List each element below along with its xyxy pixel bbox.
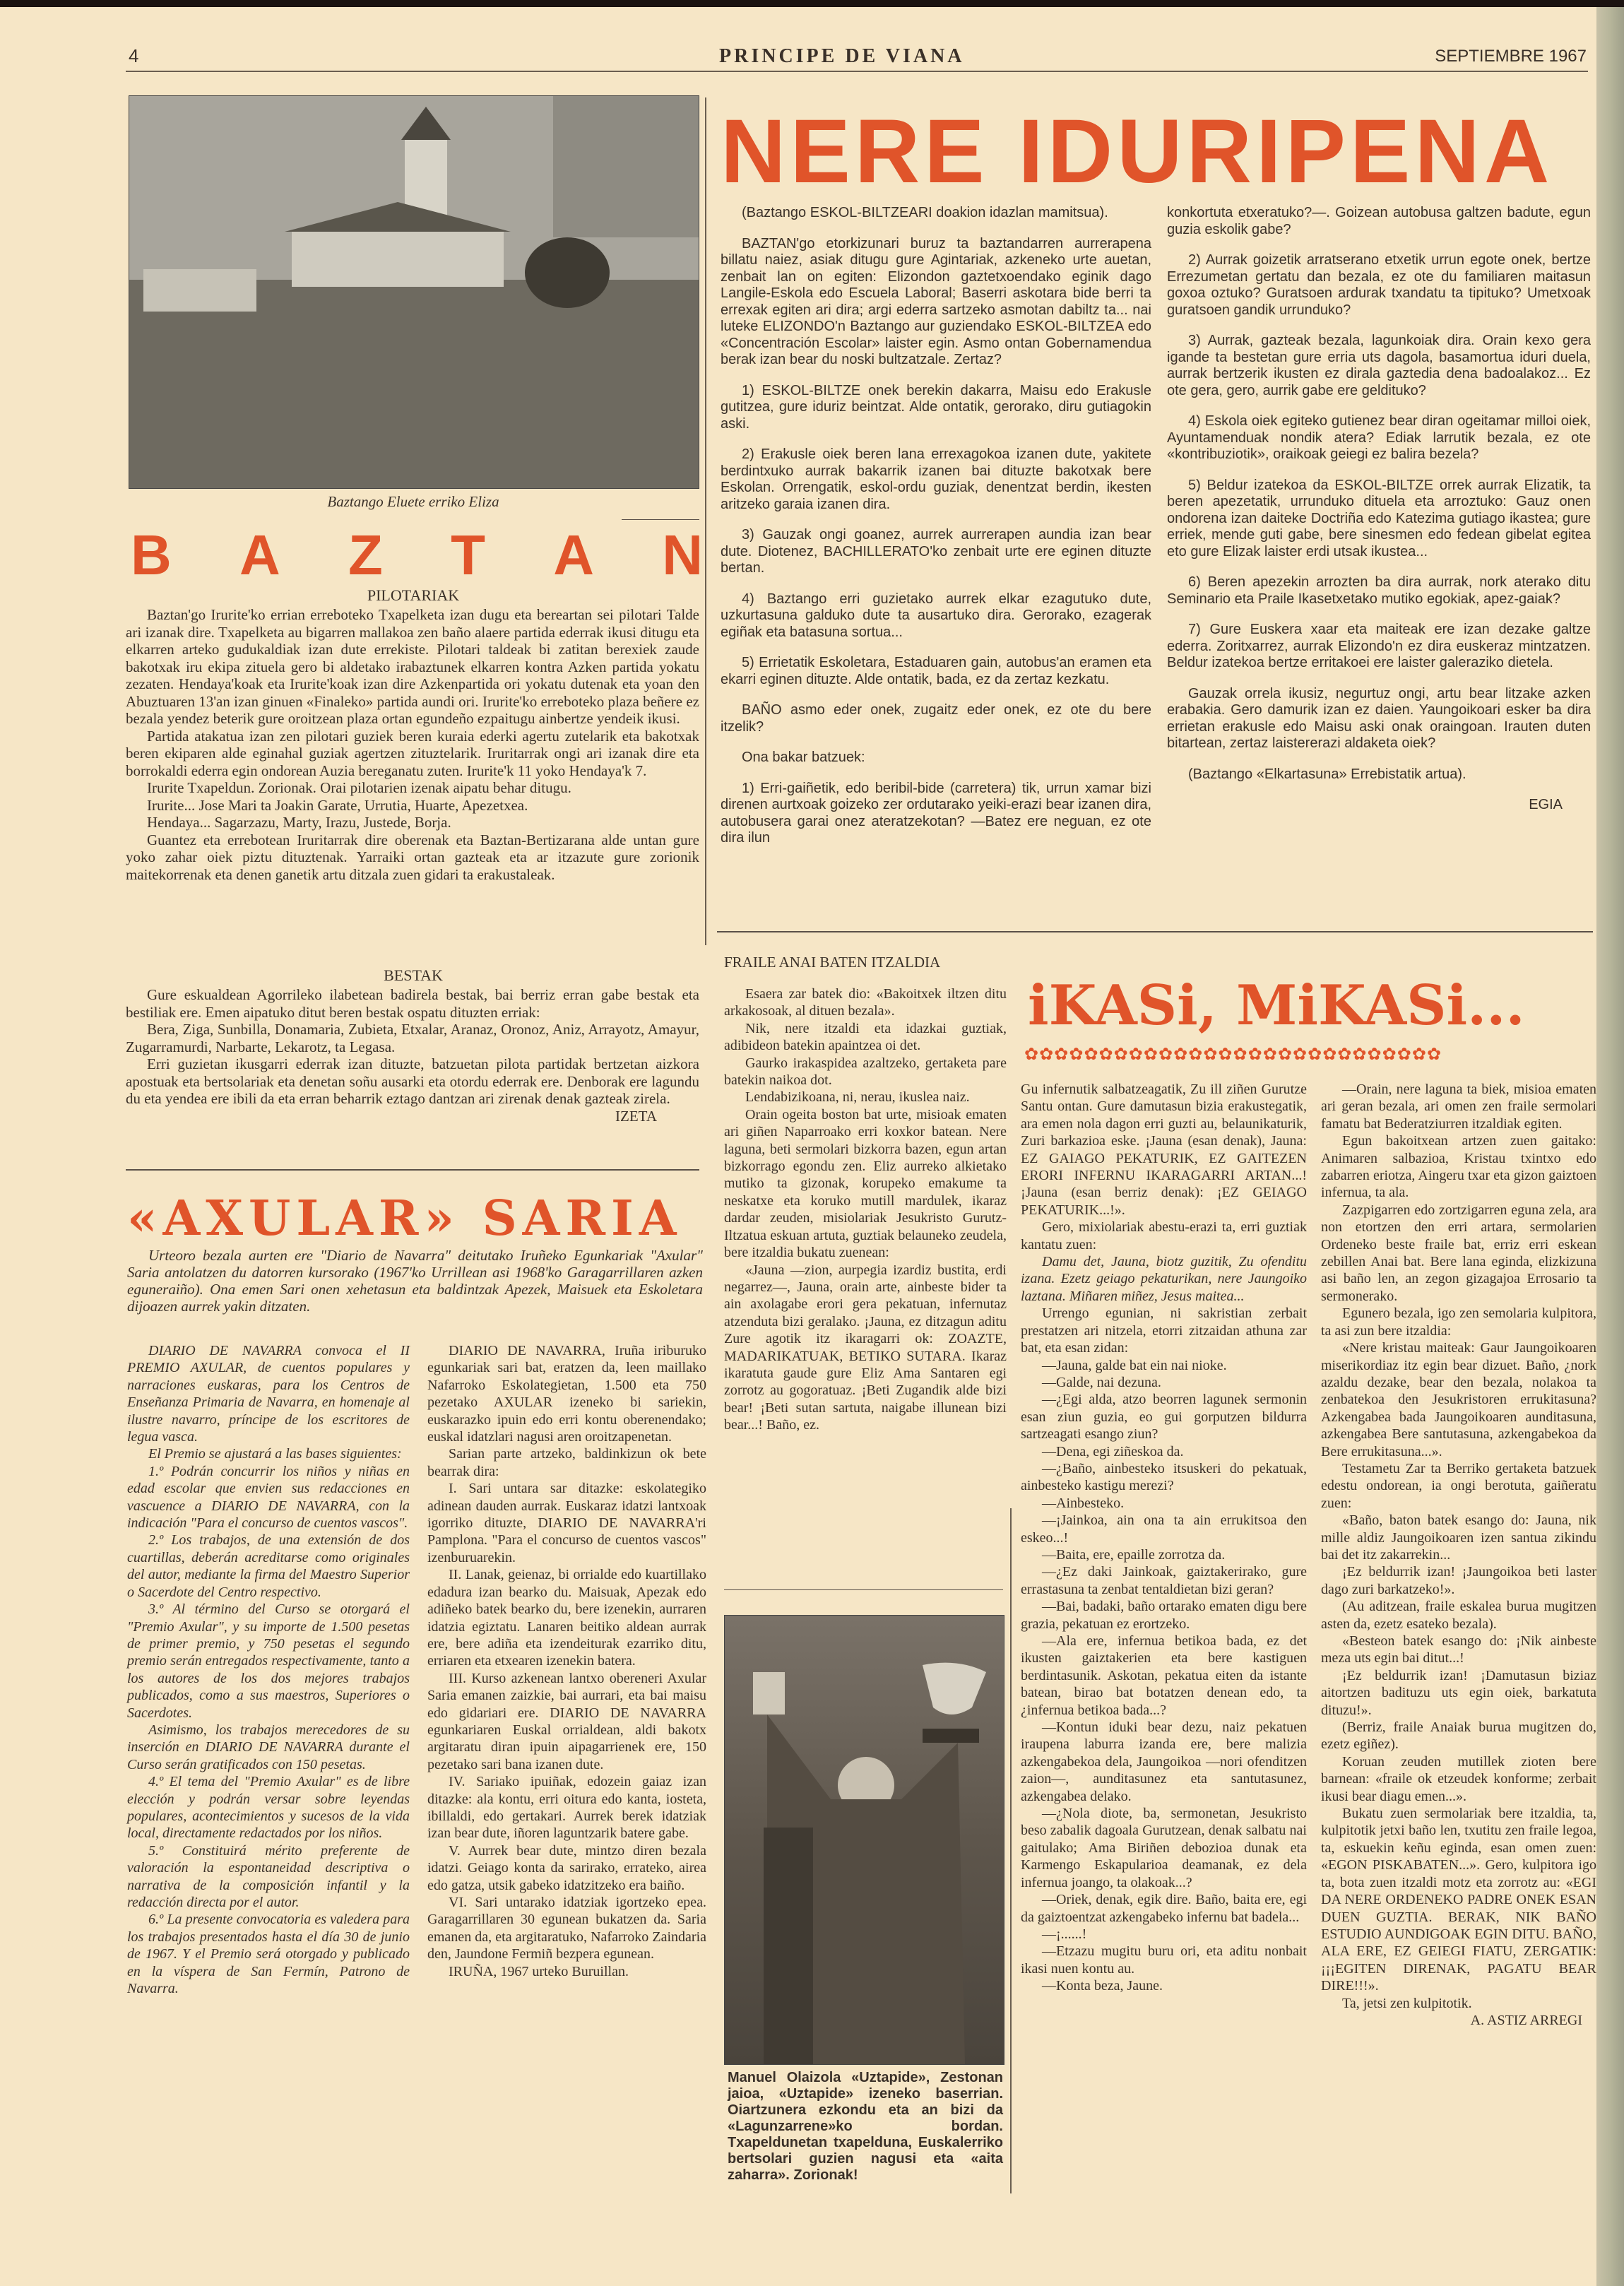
paragraph: III. Kurso azkenean lantxo obereneri Axu… bbox=[427, 1670, 706, 1773]
dialogue-line: —Konta beza, Jaune. bbox=[1021, 1977, 1307, 1994]
paragraph: Egunero bezala, igo zen semolaria kulpit… bbox=[1321, 1305, 1596, 1339]
paragraph: 2.º Los trabajos, de una extensión de do… bbox=[127, 1532, 410, 1601]
paragraph: 7) Gure Euskera xaar eta maiteak ere iza… bbox=[1167, 622, 1591, 672]
paragraph: «Jauna —zion, aurpegia izardiz bustita, … bbox=[724, 1262, 1007, 1434]
headline-letter: Z bbox=[348, 523, 383, 588]
dialogue-line: —Dena, egi ziñeskoa da. bbox=[1021, 1443, 1307, 1460]
paragraph: Bukatu zuen sermolariak bere itzaldia, t… bbox=[1321, 1805, 1596, 1994]
paragraph: Gero, mixiolariak abestu-erazi ta, erri … bbox=[1021, 1219, 1307, 1253]
paragraph: Egun bakoitxean artzen zuen gaitako: Ani… bbox=[1321, 1132, 1596, 1202]
paragraph: «Besteon batek esango do: ¡Nik ainbeste … bbox=[1321, 1633, 1596, 1667]
headline-letter: T bbox=[451, 523, 485, 588]
author-signature: A. ASTIZ ARREGI bbox=[1321, 2012, 1596, 2029]
iduripena-column-2: konkortuta etxeratuko?—. Goizean autobus… bbox=[1167, 205, 1591, 814]
paragraph: 6.º La presente convocatoria es valedera… bbox=[127, 1911, 410, 1997]
nere-iduripena-headline: NERE IDURIPENA bbox=[721, 106, 1596, 198]
fraile-column-3: —Orain, nere laguna ta biek, misioa emat… bbox=[1321, 1081, 1596, 2029]
divider bbox=[724, 1589, 1003, 1590]
dialogue-line: —Etzazu mugitu buru ori, eta aditu nonba… bbox=[1021, 1943, 1307, 1977]
dialogue-line: —Baita, ere, epaille zorrotza da. bbox=[1021, 1546, 1307, 1563]
axular-spanish-column: DIARIO DE NAVARRA convoca el II PREMIO A… bbox=[127, 1342, 410, 1997]
paragraph: 3.º Al término del Curso se otorgará el … bbox=[127, 1601, 410, 1722]
headline-letter: B bbox=[131, 523, 172, 588]
paragraph: Irurite Txapeldun. Zorionak. Orai pilota… bbox=[126, 779, 699, 797]
page-header: 4 PRINCIPE DE VIANA SEPTIEMBRE 1967 bbox=[126, 41, 1595, 69]
paragraph: Gure eskualdean Agorrileko ilabetean bad… bbox=[126, 986, 699, 1021]
paragraph: ¡Ez beldurrik izan! ¡Jaungoikoa beti las… bbox=[1321, 1563, 1596, 1598]
paragraph: Ona bakar batzuek: bbox=[721, 750, 1151, 766]
paragraph: «Baño, baton batek esango do: Jauna, nik… bbox=[1321, 1512, 1596, 1563]
photo-caption: Manuel Olaizola «Uztapide», Zestonan jai… bbox=[728, 2070, 1003, 2184]
paragraph: Lendabizikoana, ni, nerau, ikuslea naiz. bbox=[724, 1089, 1007, 1106]
page-number: 4 bbox=[129, 45, 138, 67]
paragraph: Hendaya... Sagarzazu, Marty, Irazu, Just… bbox=[126, 814, 699, 831]
paragraph: 1) Erri-gaiñetik, edo beribil-bide (carr… bbox=[721, 781, 1151, 847]
author-signature: IZETA bbox=[126, 1108, 699, 1125]
ikasi-mikasi-headline: iKASi, MiKASi... bbox=[1028, 973, 1593, 1038]
paragraph: El Premio se ajustará a las bases siguie… bbox=[127, 1445, 410, 1462]
church-photo bbox=[129, 95, 699, 489]
axular-intro: Urteoro bezala aurten ere "Diario de Nav… bbox=[127, 1247, 703, 1315]
column-divider-lower bbox=[1010, 1508, 1012, 2193]
paragraph: DIARIO DE NAVARRA convoca el II PREMIO A… bbox=[127, 1342, 410, 1445]
paragraph: DIARIO DE NAVARRA, Iruña iriburuko egunk… bbox=[427, 1342, 706, 1445]
paragraph: 3) Aurrak, gazteak bezala, lagunkoiak di… bbox=[1167, 333, 1591, 399]
song-lyrics: Damu det, Jauna, biotz guzitik, Zu ofend… bbox=[1021, 1253, 1307, 1305]
header-rule bbox=[126, 71, 1588, 72]
paragraph: 1) ESKOL-BILTZE onek berekin dakarra, Ma… bbox=[721, 383, 1151, 433]
issue-date: SEPTIEMBRE 1967 bbox=[1435, 47, 1587, 66]
dialogue-line: —¿Ez daki Jainkoak, gaiztakerirako, gure… bbox=[1021, 1563, 1307, 1598]
headline-letter: A bbox=[239, 523, 280, 588]
dialogue-line: —¿Egi alda, atzo beorren lagunek sermoni… bbox=[1021, 1391, 1307, 1443]
paragraph: Testametu Zar ta Berriko gertaketa batzu… bbox=[1321, 1460, 1596, 1512]
dialogue-line: —Jauna, galde bat ein nai nioke. bbox=[1021, 1357, 1307, 1374]
baztan-headline: B A Z T A N bbox=[131, 523, 703, 588]
author-signature: EGIA bbox=[1167, 797, 1591, 814]
paragraph: (Berriz, fraile Anaiak burua mugitzen do… bbox=[1321, 1719, 1596, 1753]
dialogue-line: —¿Nola diote, ba, sermonetan, Jesukristo… bbox=[1021, 1805, 1307, 1891]
dialogue-line: —¡......! bbox=[1021, 1926, 1307, 1943]
trophy-winner-illustration-icon bbox=[725, 1616, 1004, 2064]
dialogue-line: —¿Baño, ainbesteko itsuskeri do pekatuak… bbox=[1021, 1460, 1307, 1495]
paragraph: 3) Gauzak ongi goanez, aurrek aurrerapen… bbox=[721, 527, 1151, 577]
photo-caption: Baztango Eluete erriko Eliza bbox=[129, 493, 698, 511]
axular-saria-headline: «AXULAR» SARIA bbox=[127, 1190, 706, 1247]
fraile-column-2: Gu infernutik salbatzeagatik, Zu ill ziñ… bbox=[1021, 1081, 1307, 1995]
fraile-column-1: Esaera zar batek dio: «Bakoitxek iltzen … bbox=[724, 985, 1007, 1434]
paragraph: 6) Beren apezekin arrozten ba dira aurra… bbox=[1167, 574, 1591, 608]
paragraph: Erri guzietan ikusgarri ederrak izan dit… bbox=[126, 1055, 699, 1108]
dialogue-line: —Bai, badaki, baño ortarako ematen digu … bbox=[1021, 1598, 1307, 1633]
dialogue-line: —Oriek, denak, egik dire. Baño, baita er… bbox=[1021, 1891, 1307, 1926]
paragraph: Koruan zeuden mutillek zioten bere barne… bbox=[1321, 1753, 1596, 1805]
paragraph: Guantez eta errebotean Iruritarrak dire … bbox=[126, 831, 699, 884]
paragraph: 4) Baztango erri guzietako aurrek elkar … bbox=[721, 591, 1151, 641]
paragraph: Gaurko irakaspidea azaltzeko, gertaketa … bbox=[724, 1055, 1007, 1089]
paragraph: 4) Eskola oiek egiteko gutienez bear dir… bbox=[1167, 413, 1591, 463]
paragraph: Nik, nere itzaldi eta idazkai guztiak, a… bbox=[724, 1020, 1007, 1055]
column-divider bbox=[705, 97, 706, 945]
ornamental-border: ✿✿✿✿✿✿✿✿✿✿✿✿✿✿✿✿✿✿✿✿✿✿✿✿✿✿✿✿ bbox=[1024, 1044, 1589, 1064]
fraile-heading: FRAILE ANAI BATEN ITZALDIA bbox=[724, 954, 1007, 971]
bestak-article: Gure eskualdean Agorrileko ilabetean bad… bbox=[126, 986, 699, 1125]
paragraph: 2) Aurrak goizetik arratserano etxetik u… bbox=[1167, 252, 1591, 319]
paragraph: 5) Beldur izatekoa da ESKOL-BILTZE orrek… bbox=[1167, 478, 1591, 561]
paragraph: (Baztango «Elkartasuna» Errebistatik art… bbox=[1167, 766, 1591, 783]
paragraph: Baztan'go Irurite'ko errian erreboteko T… bbox=[126, 606, 699, 728]
page-edge bbox=[1596, 7, 1624, 2286]
paragraph: 5.º Constituirá mérito preferente de val… bbox=[127, 1842, 410, 1912]
pilotariak-article: Baztan'go Irurite'ko errian erreboteko T… bbox=[126, 606, 699, 883]
paragraph: Zazpigarren edo zortzigarren eguna zela,… bbox=[1321, 1202, 1596, 1305]
paragraph: 2) Erakusle oiek beren lana errexagokoa … bbox=[721, 446, 1151, 513]
paragraph: I. Sari untara sar ditazke: eskolategiko… bbox=[427, 1480, 706, 1566]
section-heading-bestak: BESTAK bbox=[129, 966, 698, 985]
paragraph: IV. Sariako ipuiñak, edozein gaiaz izan … bbox=[427, 1773, 706, 1842]
paragraph: 5) Errietatik Eskoletara, Estaduaren gai… bbox=[721, 655, 1151, 688]
paragraph: V. Aurrek bear dute, mintzo diren bezala… bbox=[427, 1842, 706, 1894]
headline-letter: N bbox=[662, 523, 703, 588]
paragraph: Asimismo, los trabajos merecedores de su… bbox=[127, 1722, 410, 1773]
paragraph: II. Lanak, geienaz, bi orrialde edo kuar… bbox=[427, 1566, 706, 1669]
paragraph: Bera, Ziga, Sunbilla, Donamaria, Zubieta… bbox=[126, 1021, 699, 1055]
divider bbox=[622, 519, 699, 520]
paragraph: konkortuta etxeratuko?—. Goizean autobus… bbox=[1167, 205, 1591, 238]
publication-title: PRINCIPE DE VIANA bbox=[719, 45, 965, 68]
dialogue-line: —Galde, nai dezuna. bbox=[1021, 1374, 1307, 1391]
section-divider bbox=[126, 1169, 699, 1171]
paragraph: —Orain, nere laguna ta biek, misioa emat… bbox=[1321, 1081, 1596, 1132]
paragraph: 1.º Podrán concurrir los niños y niñas e… bbox=[127, 1463, 410, 1532]
paragraph: Partida atakatua izan zen pilotari guzie… bbox=[126, 728, 699, 780]
paragraph: BAÑO asmo eder onek, zugaitz eder onek, … bbox=[721, 702, 1151, 735]
dialogue-line: —Kontun iduki bear dezu, naiz pekatuen i… bbox=[1021, 1719, 1307, 1805]
paragraph: Orain ogeita boston bat urte, misioak em… bbox=[724, 1106, 1007, 1262]
paragraph: Ta, jetsi zen kulpitotik. bbox=[1321, 1995, 1596, 2012]
dialogue-line: —¡Jainkoa, ain ona ta ain errukitsoa den… bbox=[1021, 1512, 1307, 1546]
paragraph: VI. Sari untarako idatziak igortzeko epe… bbox=[427, 1894, 706, 1963]
dialogue-line: —Ala ere, infernua betikoa bada, ez det … bbox=[1021, 1633, 1307, 1719]
axular-basque-column: DIARIO DE NAVARRA, Iruña iriburuko egunk… bbox=[427, 1342, 706, 1980]
paragraph: IRUÑA, 1967 urteko Buruillan. bbox=[427, 1963, 706, 1980]
headline-letter: A bbox=[553, 523, 594, 588]
paragraph: Gu infernutik salbatzeagatik, Zu ill ziñ… bbox=[1021, 1081, 1307, 1219]
paragraph: 4.º El tema del "Premio Axular" es de li… bbox=[127, 1773, 410, 1842]
dialogue-line: —Ainbesteko. bbox=[1021, 1495, 1307, 1512]
paragraph: Urteoro bezala aurten ere "Diario de Nav… bbox=[127, 1247, 703, 1315]
paragraph: Sarian parte artzeko, baldinkizun ok bet… bbox=[427, 1445, 706, 1480]
paragraph: Esaera zar batek dio: «Bakoitxek iltzen … bbox=[724, 985, 1007, 1020]
paragraph: «Nere kristau maiteak: Gaur Jaungoikoare… bbox=[1321, 1339, 1596, 1460]
uztapide-photo bbox=[724, 1615, 1004, 2065]
paragraph: Gauzak orrela ikusiz, negurtuz ongi, art… bbox=[1167, 686, 1591, 752]
paragraph: ¡Ez beldurrik izan! ¡Damutasun biziaz ai… bbox=[1321, 1667, 1596, 1719]
paragraph: Irurite... Jose Mari ta Joakin Garate, U… bbox=[126, 797, 699, 815]
church-illustration-icon bbox=[129, 96, 699, 488]
paragraph: Urrengo egunian, ni sakristian zerbait p… bbox=[1021, 1305, 1307, 1356]
paragraph: BAZTAN'go etorkizunari buruz ta baztanda… bbox=[721, 236, 1151, 369]
iduripena-column-1: (Baztango ESKOL-BILTZEARI doakion idazla… bbox=[721, 205, 1151, 861]
section-divider bbox=[717, 931, 1593, 932]
paragraph: (Au aditzean, fraile eskalea burua mugit… bbox=[1321, 1598, 1596, 1633]
paragraph: (Baztango ESKOL-BILTZEARI doakion idazla… bbox=[721, 205, 1151, 222]
section-heading-pilotariak: PILOTARIAK bbox=[129, 586, 698, 605]
